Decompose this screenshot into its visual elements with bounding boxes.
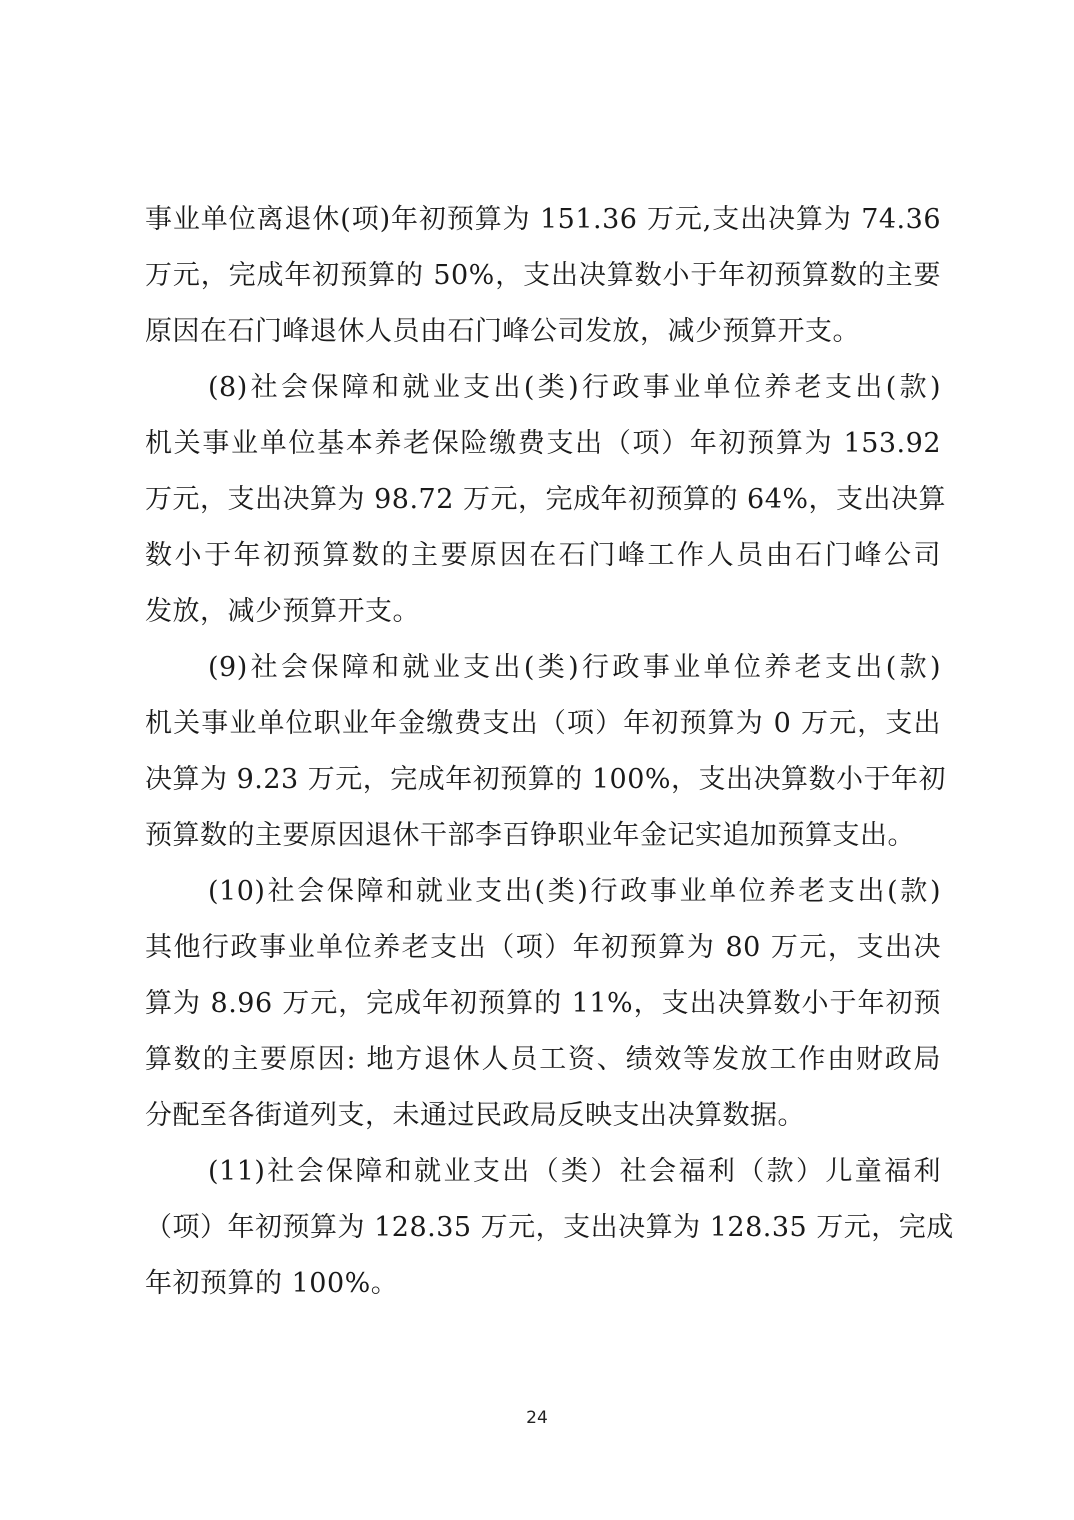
text-line-16: 算数的主要原因: 地方退休人员工资、绩效等发放工作由财政局 <box>145 1040 941 1080</box>
document-page: 事业单位离退休(项)年初预算为 151.36 万元,支出决算为 74.36 万元… <box>0 0 1074 1520</box>
text-line-17: 分配至各街道列支，未通过民政局反映支出决算数据。 <box>145 1096 941 1136</box>
text-line-12: 预算数的主要原因退休干部李百铮职业年金记实追加预算支出。 <box>145 816 941 856</box>
paragraph-8-heading-line: (8)社会保障和就业支出(类)行政事业单位养老支出(款) <box>208 368 941 408</box>
text-line-10: 机关事业单位职业年金缴费支出（项）年初预算为 0 万元，支出 <box>145 704 941 744</box>
text-line-20: 年初预算的 100%。 <box>145 1264 941 1304</box>
page-number: 24 <box>0 1408 1074 1428</box>
text-line-11: 决算为 9.23 万元，完成年初预算的 100%，支出决算数小于年初 <box>145 760 941 800</box>
text-line-14: 其他行政事业单位养老支出（项）年初预算为 80 万元，支出决 <box>145 928 941 968</box>
paragraph-10-heading-line: (10)社会保障和就业支出(类)行政事业单位养老支出(款) <box>208 872 941 912</box>
text-line-7: 数小于年初预算数的主要原因在石门峰工作人员由石门峰公司 <box>145 536 941 576</box>
text-line-3: 原因在石门峰退休人员由石门峰公司发放，减少预算开支。 <box>145 312 941 352</box>
text-line-15: 算为 8.96 万元，完成年初预算的 11%，支出决算数小于年初预 <box>145 984 941 1024</box>
text-line-1: 事业单位离退休(项)年初预算为 151.36 万元,支出决算为 74.36 <box>145 200 941 240</box>
paragraph-11-heading-line: (11)社会保障和就业支出（类）社会福利（款）儿童福利 <box>208 1152 941 1192</box>
text-line-6: 万元，支出决算为 98.72 万元，完成年初预算的 64%，支出决算 <box>145 480 941 520</box>
text-line-5: 机关事业单位基本养老保险缴费支出（项）年初预算为 153.92 <box>145 424 941 464</box>
text-line-2: 万元，完成年初预算的 50%，支出决算数小于年初预算数的主要 <box>145 256 941 296</box>
text-line-19: （项）年初预算为 128.35 万元，支出决算为 128.35 万元，完成 <box>145 1208 941 1248</box>
text-line-8: 发放，减少预算开支。 <box>145 592 941 632</box>
paragraph-9-heading-line: (9)社会保障和就业支出(类)行政事业单位养老支出(款) <box>208 648 941 688</box>
